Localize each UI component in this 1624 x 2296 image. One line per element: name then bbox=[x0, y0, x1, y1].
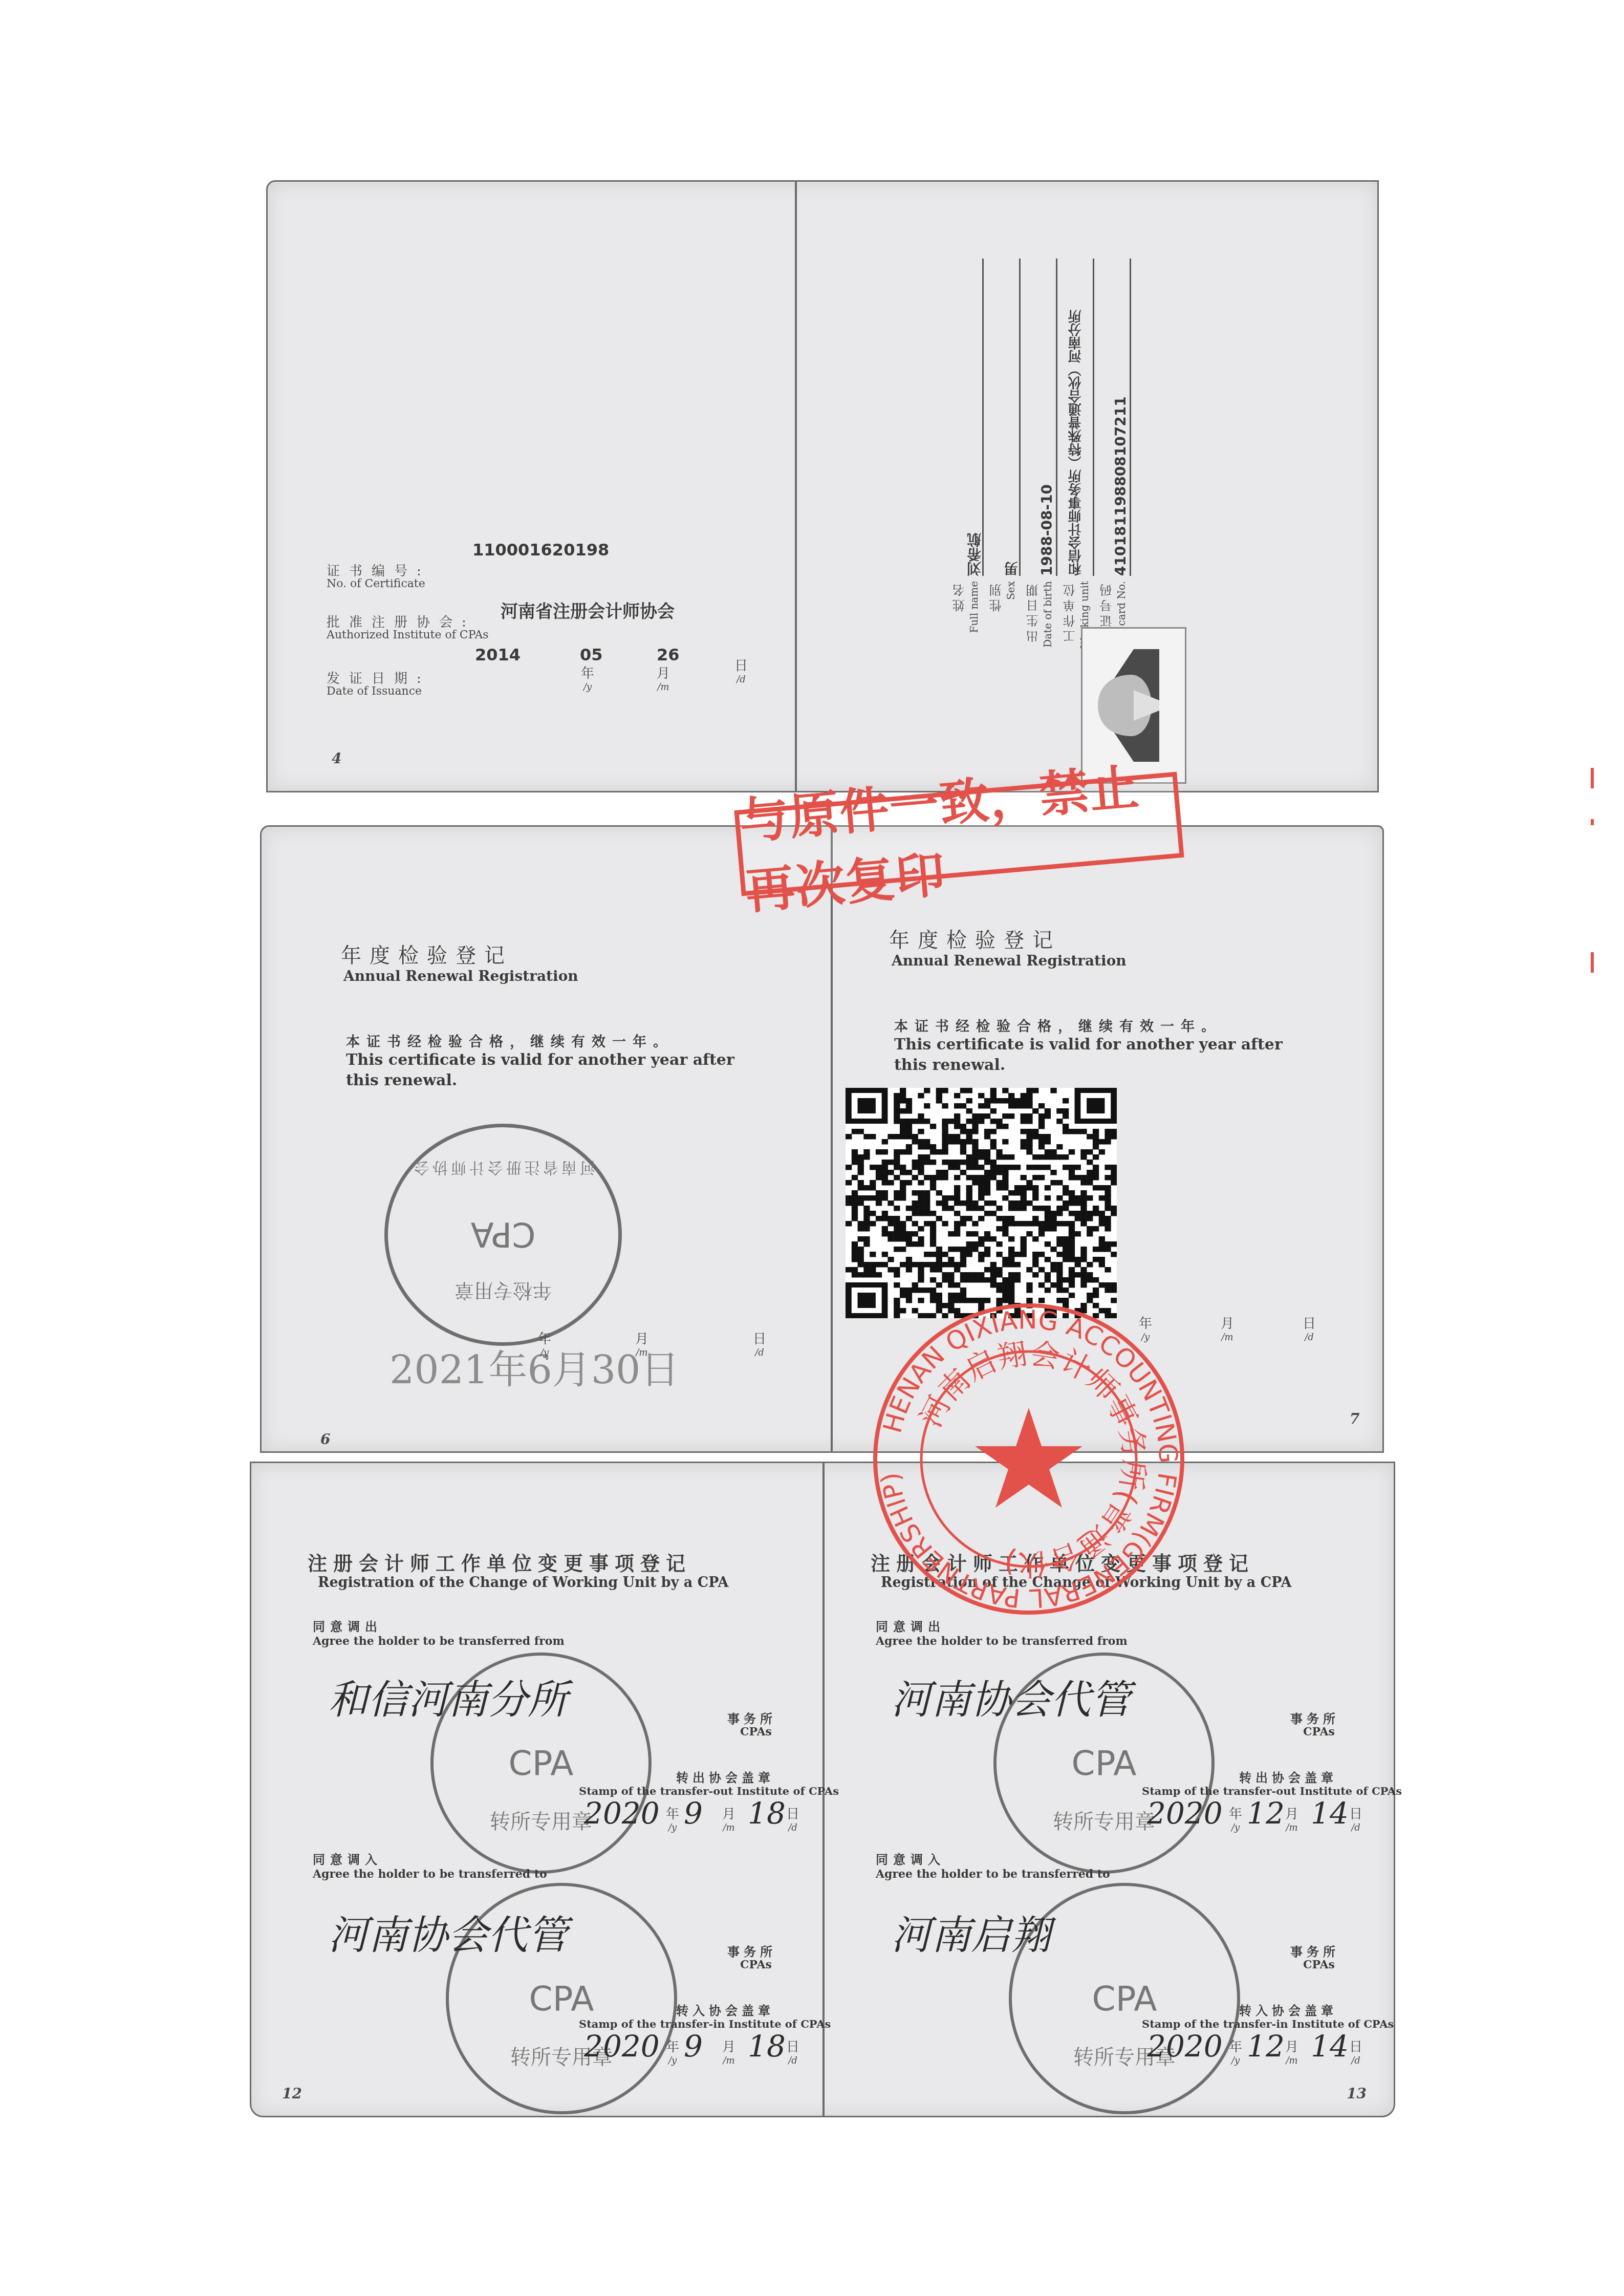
page-number: 7 bbox=[1350, 1410, 1359, 1427]
field-full-name: 姓名Full name刘希航 bbox=[950, 228, 986, 740]
month-unit: 月/m bbox=[1285, 2036, 1298, 2066]
transfer-out-label-cn: 同意调出 bbox=[313, 1617, 382, 1635]
in-stamp-label-cn: 转入协会盖章 bbox=[676, 2001, 774, 2019]
issue-date-label-en: Date of Issuance bbox=[327, 685, 422, 698]
issue-month-unit: 月/m bbox=[657, 663, 670, 693]
out-date-day: 14 bbox=[1311, 1796, 1349, 1831]
transfer-out-label-en: Agree the holder to be transferred from bbox=[313, 1635, 565, 1648]
page-certificate-info: 110001620198 证书编号: No. of Certificate 河南… bbox=[268, 182, 795, 791]
transfer-title-en: Registration of the Change of Working Un… bbox=[318, 1575, 729, 1591]
in-date-year: 2020 bbox=[584, 2029, 660, 2064]
field-value: 男 bbox=[1002, 248, 1022, 576]
firm-suffix-en: CPAs bbox=[740, 1725, 772, 1739]
issue-date-label-cn: 发证日期: bbox=[327, 668, 430, 687]
in-stamp-label-cn: 转入协会盖章 bbox=[1239, 2001, 1337, 2019]
in-date-day: 18 bbox=[748, 2029, 786, 2064]
transfer-out-handwritten: 和信河南分所 bbox=[328, 1668, 568, 1725]
in-date-day: 14 bbox=[1311, 2029, 1349, 2064]
day-unit: 日/d bbox=[1303, 1313, 1316, 1343]
institute-label-en: Authorized Institute of CPAs bbox=[327, 629, 489, 641]
in-date-month: 12 bbox=[1247, 2029, 1285, 2064]
page-number: 4 bbox=[332, 750, 341, 767]
field-label: 姓名 bbox=[950, 581, 968, 612]
field-label-en: Sex bbox=[1005, 581, 1017, 600]
year-unit: 年/y bbox=[1229, 2036, 1242, 2066]
field-label-en: Date of birth bbox=[1042, 581, 1054, 648]
scan-spread-annual-renewal: 年度检验登记 Annual Renewal Registration 本证书经检… bbox=[260, 825, 1384, 1453]
field-label: 性别 bbox=[987, 581, 1005, 612]
field-label: 工作单位 bbox=[1061, 581, 1079, 642]
firm-suffix-cn: 事务所 bbox=[1290, 1709, 1339, 1727]
scan-spread-transfer: 注册会计师工作单位变更事项登记Registration of the Chang… bbox=[250, 1462, 1395, 2117]
page-transfer-12: 注册会计师工作单位变更事项登记Registration of the Chang… bbox=[251, 1463, 819, 2116]
transfer-in-label-cn: 同意调入 bbox=[313, 1850, 382, 1868]
institute-value: 河南省注册会计师协会 bbox=[501, 597, 675, 623]
month-unit: 月/m bbox=[722, 2036, 735, 2066]
qr-code[interactable] bbox=[846, 1088, 1117, 1318]
day-unit: 日/d bbox=[786, 2036, 799, 2066]
transfer-in-handwritten: 河南启翔 bbox=[891, 1903, 1051, 1961]
page-personal-info: 姓名Full name刘希航性别Sex男出生日期Date of birth198… bbox=[797, 182, 1377, 791]
day-unit: 日/d bbox=[1349, 2036, 1362, 2066]
transfer-in-label-en: Agree the holder to be transferred to bbox=[876, 1868, 1110, 1881]
firm-suffix-cn: 事务所 bbox=[727, 1942, 776, 1960]
field-label-en: Full name bbox=[968, 581, 980, 633]
renewal-title-cn: 年度检验登记 bbox=[889, 924, 1061, 953]
page-number: 13 bbox=[1347, 2085, 1367, 2102]
in-date-month: 9 bbox=[684, 2029, 703, 2064]
out-date-year: 2020 bbox=[1147, 1796, 1223, 1831]
year-unit: 年/y bbox=[666, 1804, 679, 1833]
renewal-body-en-1: This certificate is valid for another ye… bbox=[894, 1036, 1283, 1054]
out-date-month: 12 bbox=[1247, 1796, 1285, 1831]
day-unit: 日/d bbox=[753, 1328, 766, 1358]
field-sex: 性别Sex男 bbox=[987, 228, 1023, 740]
institute-label-cn: 批准注册协会: bbox=[327, 612, 475, 631]
renewal-title-cn: 年度检验登记 bbox=[341, 939, 513, 969]
page-number: 6 bbox=[320, 1431, 330, 1448]
transfer-out-handwritten: 河南协会代管 bbox=[891, 1668, 1131, 1725]
field-underline bbox=[1056, 259, 1057, 576]
out-date-day: 18 bbox=[748, 1796, 786, 1831]
firm-suffix-en: CPAs bbox=[1303, 1725, 1335, 1739]
cert-no-label-cn: 证书编号: bbox=[327, 561, 430, 580]
issue-day: 26 bbox=[657, 645, 680, 664]
issue-day-unit: 日/d bbox=[734, 655, 748, 685]
transfer-out-label-en: Agree the holder to be transferred from bbox=[876, 1635, 1128, 1648]
issue-year: 2014 bbox=[475, 645, 521, 664]
firm-suffix-cn: 事务所 bbox=[727, 1709, 776, 1727]
day-unit: 日/d bbox=[786, 1804, 799, 1833]
renewal-body-en-1: This certificate is valid for another ye… bbox=[346, 1051, 734, 1069]
field-value: 1988-08-10 bbox=[1038, 248, 1055, 576]
renewal-title-en: Annual Renewal Registration bbox=[892, 952, 1127, 969]
out-stamp-label-cn: 转出协会盖章 bbox=[676, 1768, 774, 1786]
out-date-year: 2020 bbox=[584, 1796, 660, 1831]
firm-suffix-en: CPAs bbox=[1303, 1958, 1335, 1971]
annual-inspection-stamp: CPA 年检专用章 河南省注册会计师协会 bbox=[384, 1124, 622, 1346]
year-unit: 年/y bbox=[1229, 1804, 1242, 1833]
transfer-in-label-en: Agree the holder to be transferred to bbox=[313, 1868, 547, 1881]
transfer-in-label-cn: 同意调入 bbox=[876, 1850, 945, 1868]
transfer-title-cn: 注册会计师工作单位变更事项登记 bbox=[308, 1548, 691, 1576]
renewal-body-en-2: this renewal. bbox=[894, 1056, 1005, 1074]
issue-month: 05 bbox=[580, 645, 603, 664]
firm-seal: HENAN QIXIANG ACCOUNTING FIRM(GENERAL PA… bbox=[865, 1295, 1193, 1623]
renewal-title-en: Annual Renewal Registration bbox=[343, 968, 578, 984]
day-unit: 日/d bbox=[1349, 1804, 1362, 1833]
month-unit: 月/m bbox=[722, 1804, 735, 1833]
field-date-of-birth: 出生日期Date of birth1988-08-10 bbox=[1024, 228, 1060, 740]
month-unit: 月/m bbox=[1221, 1313, 1234, 1343]
renewal-body-cn: 本证书经检验合格，继续有效一年。 bbox=[894, 1015, 1222, 1035]
page-annual-renewal-left: 年度检验登记 Annual Renewal Registration 本证书经检… bbox=[262, 827, 830, 1451]
certificate-number: 110001620198 bbox=[472, 540, 609, 560]
firm-suffix-cn: 事务所 bbox=[1290, 1942, 1339, 1960]
page-number: 12 bbox=[282, 2085, 302, 2102]
field-value: 刘希航 bbox=[965, 248, 985, 576]
field-value: 和信会计师事务所（特殊普通合伙）河南分所 bbox=[1066, 248, 1085, 576]
in-date-year: 2020 bbox=[1147, 2029, 1223, 2064]
field-underline bbox=[1130, 259, 1131, 576]
firm-suffix-en: CPAs bbox=[740, 1958, 772, 1971]
field-value: 410181198808107211 bbox=[1112, 248, 1129, 576]
margin-seal-edge bbox=[1591, 768, 1594, 973]
field-underline bbox=[1093, 259, 1094, 576]
out-date-month: 9 bbox=[684, 1796, 703, 1831]
field-label: 出生日期 bbox=[1024, 581, 1042, 642]
year-unit: 年/y bbox=[538, 1328, 551, 1358]
renewal-body-cn: 本证书经检验合格，继续有效一年。 bbox=[346, 1031, 674, 1050]
year-unit: 年/y bbox=[666, 2036, 679, 2066]
issue-year-unit: 年/y bbox=[581, 663, 594, 693]
transfer-in-handwritten: 河南协会代管 bbox=[328, 1903, 568, 1961]
out-stamp-label-cn: 转出协会盖章 bbox=[1239, 1768, 1337, 1786]
certified-copy-stamp: 与原件一致，禁止再次复印 bbox=[734, 771, 1184, 896]
scan-spread-cover: 110001620198 证书编号: No. of Certificate 河南… bbox=[266, 180, 1379, 792]
cert-no-label-en: No. of Certificate bbox=[327, 577, 425, 590]
renewal-body-en-2: this renewal. bbox=[346, 1071, 457, 1089]
month-unit: 月/m bbox=[635, 1328, 648, 1358]
month-unit: 月/m bbox=[1285, 1804, 1298, 1833]
